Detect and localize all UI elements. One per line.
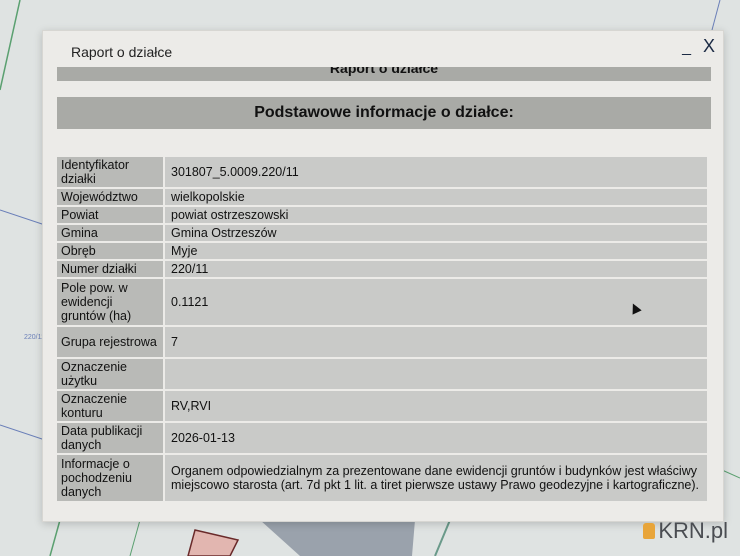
row-label: Powiat bbox=[57, 207, 165, 223]
row-label: Numer działki bbox=[57, 261, 165, 277]
report-banner-title: Raport o działce bbox=[330, 67, 438, 76]
dialog-content: Raport o działce Podstawowe informacje o… bbox=[57, 67, 711, 521]
row-value: 301807_5.0009.220/11 bbox=[165, 157, 707, 187]
lock-icon bbox=[643, 523, 655, 539]
row-label: Informacje o pochodzeniu danych bbox=[57, 455, 165, 501]
table-row: Data publikacji danych2026-01-13 bbox=[57, 423, 707, 453]
table-row: ObrębMyje bbox=[57, 243, 707, 259]
row-value: 7 bbox=[165, 327, 707, 357]
close-button[interactable]: X bbox=[703, 36, 715, 57]
watermark: KRN.pl bbox=[643, 518, 728, 544]
table-row: Oznaczenie konturuRV,RVI bbox=[57, 391, 707, 421]
row-value: powiat ostrzeszowski bbox=[165, 207, 707, 223]
row-label: Oznaczenie użytku bbox=[57, 359, 165, 389]
report-dialog: Raport o działce _ X Raport o działce Po… bbox=[42, 30, 724, 522]
table-row: Informacje o pochodzeniu danychOrganem o… bbox=[57, 455, 707, 501]
row-value: Myje bbox=[165, 243, 707, 259]
row-label: Obręb bbox=[57, 243, 165, 259]
table-row: Pole pow. w ewidencji gruntów (ha)0.1121 bbox=[57, 279, 707, 325]
row-value: 0.1121 bbox=[165, 279, 707, 325]
row-label: Oznaczenie konturu bbox=[57, 391, 165, 421]
minimize-button[interactable]: _ bbox=[682, 39, 691, 57]
dialog-title: Raport o działce bbox=[71, 44, 172, 60]
row-value: Gmina Ostrzeszów bbox=[165, 225, 707, 241]
row-label: Grupa rejestrowa bbox=[57, 327, 165, 357]
row-label: Województwo bbox=[57, 189, 165, 205]
dialog-titlebar[interactable]: Raport o działce _ X bbox=[43, 31, 723, 69]
row-value: RV,RVI bbox=[165, 391, 707, 421]
row-label: Identyfikator działki bbox=[57, 157, 165, 187]
row-value: 2026-01-13 bbox=[165, 423, 707, 453]
table-row: Numer działki220/11 bbox=[57, 261, 707, 277]
table-row: Identyfikator działki301807_5.0009.220/1… bbox=[57, 157, 707, 187]
row-label: Gmina bbox=[57, 225, 165, 241]
row-value bbox=[165, 359, 707, 389]
watermark-text: KRN.pl bbox=[658, 518, 728, 544]
table-row: Grupa rejestrowa7 bbox=[57, 327, 707, 357]
table-row: Województwowielkopolskie bbox=[57, 189, 707, 205]
table-row: GminaGmina Ostrzeszów bbox=[57, 225, 707, 241]
section-header: Podstawowe informacje o działce: bbox=[57, 97, 711, 129]
parcel-info-table: Identyfikator działki301807_5.0009.220/1… bbox=[57, 155, 707, 503]
table-row: Powiatpowiat ostrzeszowski bbox=[57, 207, 707, 223]
row-label: Pole pow. w ewidencji gruntów (ha) bbox=[57, 279, 165, 325]
table-row: Oznaczenie użytku bbox=[57, 359, 707, 389]
row-value: 220/11 bbox=[165, 261, 707, 277]
row-value: Organem odpowiedzialnym za prezentowane … bbox=[165, 455, 707, 501]
row-value: wielkopolskie bbox=[165, 189, 707, 205]
row-label: Data publikacji danych bbox=[57, 423, 165, 453]
report-banner: Raport o działce bbox=[57, 67, 711, 81]
